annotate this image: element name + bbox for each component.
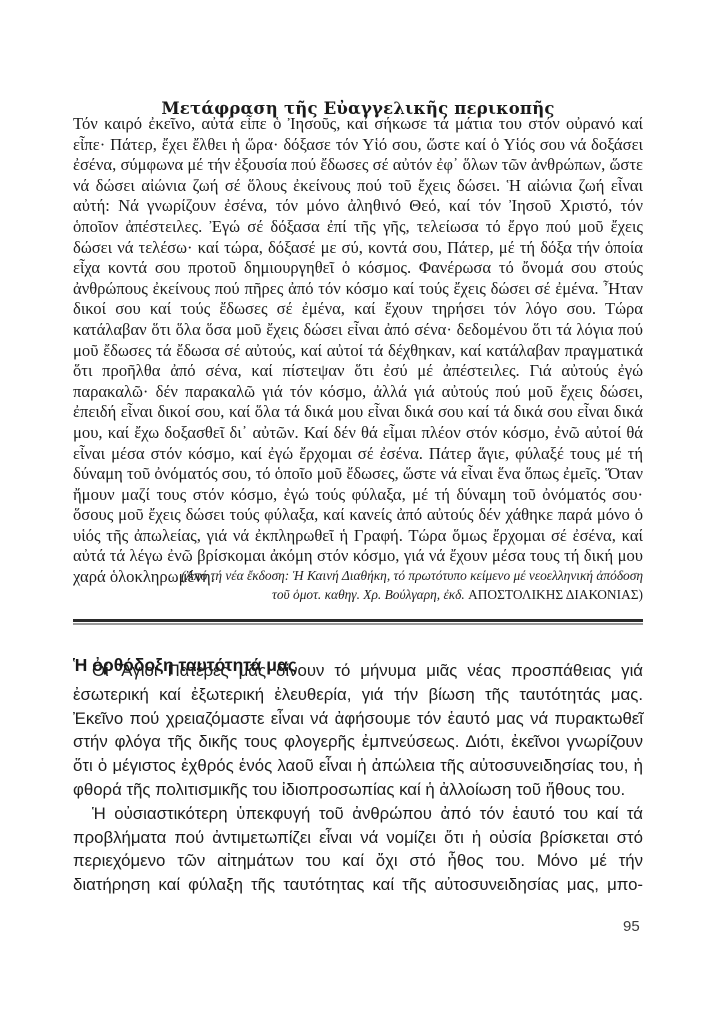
- divider-thick-rule: [73, 619, 643, 622]
- source-citation: (Ἀπό τή νέα ἔκδοση: Ἡ Καινή Διαθήκη, τό …: [73, 566, 643, 604]
- citation-publisher: ΑΠΟΣΤΟΛΙΚΗΣ ΔΙΑΚΟΝΙΑΣ): [468, 587, 643, 602]
- citation-line-2-italic: τοῦ ὁμοτ. καθηγ. Χρ. Βούλγαρη, ἐκδ.: [272, 587, 468, 602]
- citation-line-2: τοῦ ὁμοτ. καθηγ. Χρ. Βούλγαρη, ἐκδ. ΑΠΟΣ…: [73, 585, 643, 604]
- article-paragraph: Ἡ οὐσιαστικότερη ὑπεκφυγή τοῦ ἀνθρώπου ἀ…: [73, 802, 643, 897]
- section-divider: [73, 619, 643, 626]
- citation-line-1: (Ἀπό τή νέα ἔκδοση: Ἡ Καινή Διαθήκη, τό …: [73, 566, 643, 585]
- page-number: 95: [623, 918, 640, 935]
- scripture-translation-text: Τόν καιρό ἐκεῖνο, αὐτά εἶπε ὁ Ἰησοῦς, κα…: [73, 114, 643, 588]
- article-body: Οἱ Ἅγιοι Πατέρες μᾶς δίνουν τό μήνυμα μι…: [73, 659, 643, 897]
- article-paragraph: Οἱ Ἅγιοι Πατέρες μᾶς δίνουν τό μήνυμα μι…: [73, 659, 643, 802]
- divider-thin-rule: [73, 623, 643, 625]
